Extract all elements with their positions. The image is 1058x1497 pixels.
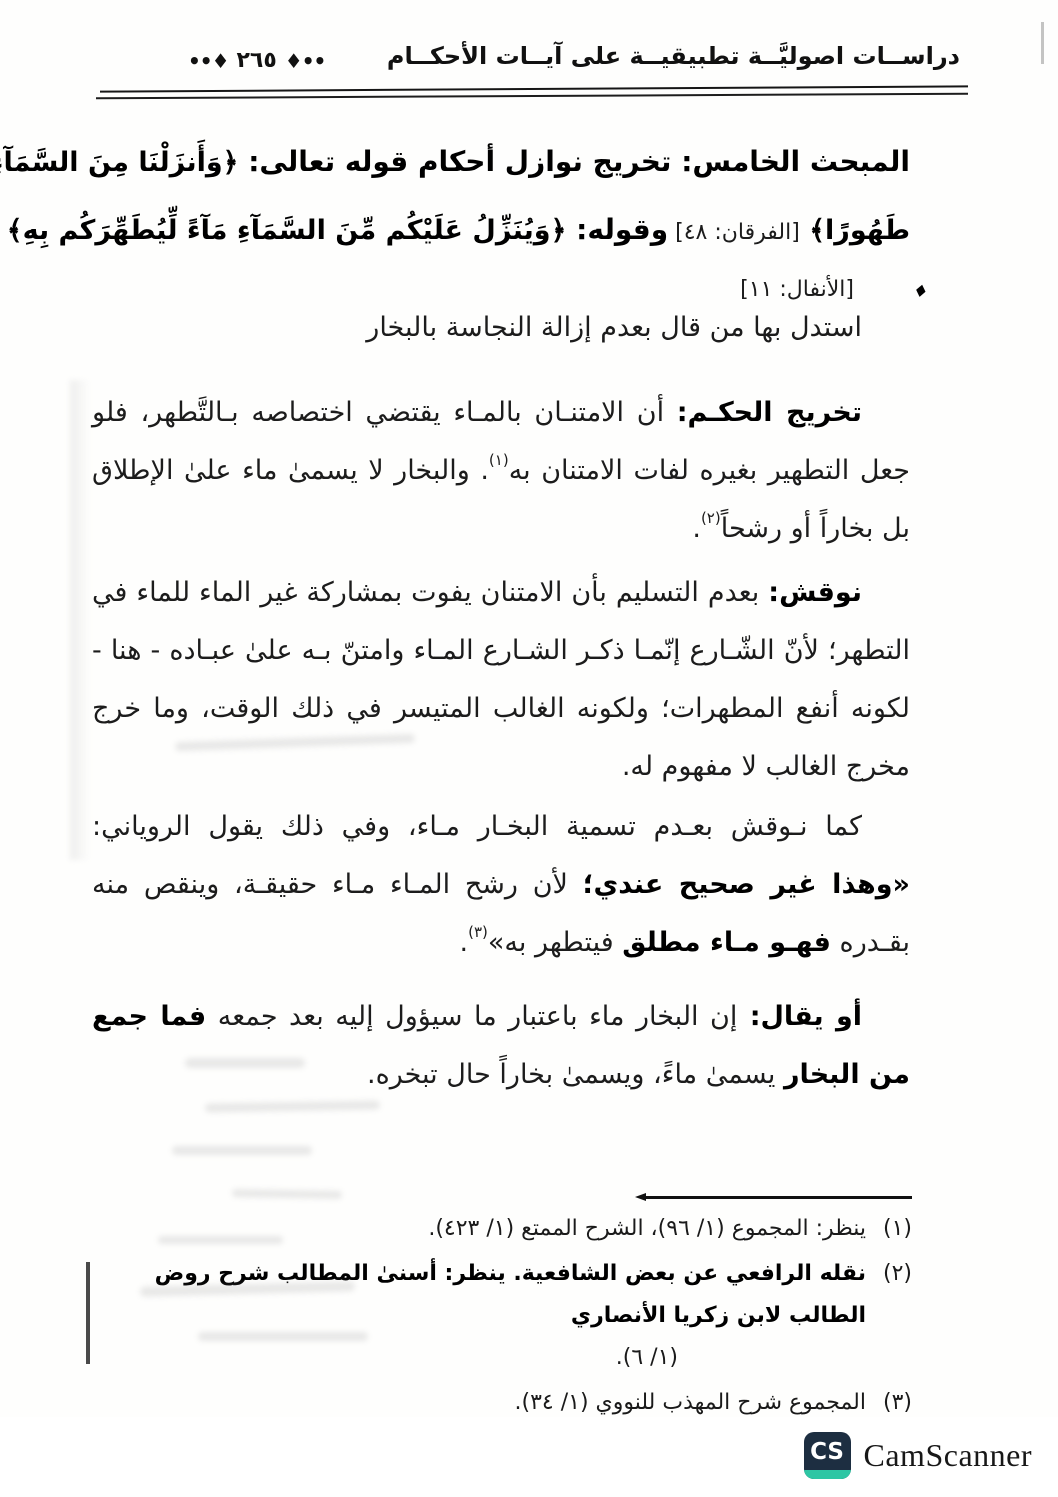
paragraph-lead: تخريج الحكـم: [677, 397, 862, 428]
paragraph-ruyani-quote: كما نـوقش بعـدم تسمية البخـار مـاء، وفي … [92, 798, 910, 972]
paragraph-lead: أو يقال: [737, 1001, 862, 1032]
ornament-icon: ♦•• [285, 49, 326, 73]
heading-line-1: المبحث الخامس: تخريج نوازل أحكام قوله تع… [92, 130, 910, 198]
book-title: دراســات اصوليَّــة تطبيقيــة على آيــات… [387, 42, 960, 70]
paragraph-aw-yuqal: أو يقال: إن البخار ماء باعتبار ما سيؤول … [92, 988, 910, 1104]
heading-qawluhu: وقوله: [566, 213, 668, 246]
ghost-smudge [185, 1058, 305, 1068]
paragraph-takhrij: تخريج الحكـم: أن الامتنـان بالمـاء يقتضي… [92, 384, 910, 558]
quran-verse-1-end: طَهُورًا﴾ [800, 215, 910, 246]
quran-verse-2: ﴿وَيُنَزِّلُ عَلَيْكُم مِّنَ السَّمَآءِ … [7, 215, 567, 246]
footnote-2: (٢) نقله الرافعي عن بعض الشافعية. ينظر: … [92, 1253, 912, 1379]
paragraph-text: . [459, 927, 468, 958]
footnote-separator [644, 1196, 912, 1199]
footnote-number: (٢) [866, 1253, 912, 1379]
scan-edge-mark [1041, 22, 1044, 64]
paragraph-text: إن البخار ماء باعتبار ما سيؤول إليه بعد … [206, 1001, 737, 1032]
page-number-value: ٢٦٥ [237, 48, 277, 73]
camscanner-icon: CS [804, 1432, 851, 1479]
paragraph-text: يسمىٰ ماءً، ويسمىٰ بخاراً حال تبخره. [367, 1059, 784, 1090]
quote-bold: فهـو مـاء مطلق [622, 927, 831, 958]
verse-reference-1: [الفرقان: ٤٨] [668, 220, 800, 245]
paragraph-text: كما نـوقش بعـدم تسمية البخـار مـاء، وفي … [92, 811, 862, 842]
footnote-marker-2: (٢) [701, 509, 721, 527]
quran-verse-1: ﴿وَأَنزَلْنَا مِنَ السَّمَآءِ مَآءً [0, 147, 238, 178]
heading-title: المبحث الخامس: تخريج نوازل أحكام قوله تع… [238, 145, 910, 178]
camscanner-logo: CS CamScanner [804, 1432, 1033, 1479]
ghost-smudge [205, 1100, 380, 1112]
footnote-number: (١) [866, 1208, 912, 1250]
paragraph-nuqisha: نوقش: بعدم التسليم بأن الامتنان يفوت بمش… [92, 564, 910, 796]
paragraph-text: استدل بها من قال بعدم إزالة النجاسة بالب… [366, 312, 862, 343]
section-heading: ♦ المبحث الخامس: تخريج نوازل أحكام قوله … [92, 130, 910, 314]
camscanner-footer: CS CamScanner [0, 1417, 1058, 1497]
footnote-line: (١/ ٦). [92, 1337, 866, 1379]
scan-edge-shadow [70, 380, 90, 860]
heading-line-2: طَهُورًا﴾ [الفرقان: ٤٨] وقوله: ﴿وَيُنَزِ… [92, 198, 910, 266]
camscanner-name: CamScanner [864, 1437, 1033, 1474]
header-rule-bottom [96, 93, 968, 100]
footnote-marker-1: (١) [489, 451, 509, 469]
quote-bold: «وهذا غير صحيح عندي؛ [583, 869, 910, 900]
scan-edge-mark [86, 1262, 90, 1364]
diamond-bullet-icon: ♦ [911, 281, 930, 304]
camscanner-initials: CS [810, 1439, 844, 1465]
paragraph-text: فيتطهر به» [488, 927, 622, 958]
header-rule-top [100, 85, 968, 92]
ghost-smudge [172, 1146, 312, 1155]
footnote-marker-3: (٣) [468, 923, 488, 941]
paragraph-lead: نوقش: [768, 577, 862, 608]
ghost-smudge [232, 1189, 342, 1199]
ornament-icon: ••♦ [188, 49, 229, 73]
paragraph-text: . [692, 513, 701, 544]
page-container: دراســات اصوليَّــة تطبيقيــة على آيــات… [0, 0, 1058, 1497]
page-number: ••♦ ٢٦٥ ♦•• [188, 48, 325, 73]
footnote-text: نقله الرافعي عن بعض الشافعية. ينظر: أسنى… [92, 1253, 866, 1379]
paragraph-istidlal: استدل بها من قال بعدم إزالة النجاسة بالب… [92, 306, 910, 350]
ghost-smudge [158, 1236, 283, 1244]
ghost-smudge [198, 1332, 368, 1341]
